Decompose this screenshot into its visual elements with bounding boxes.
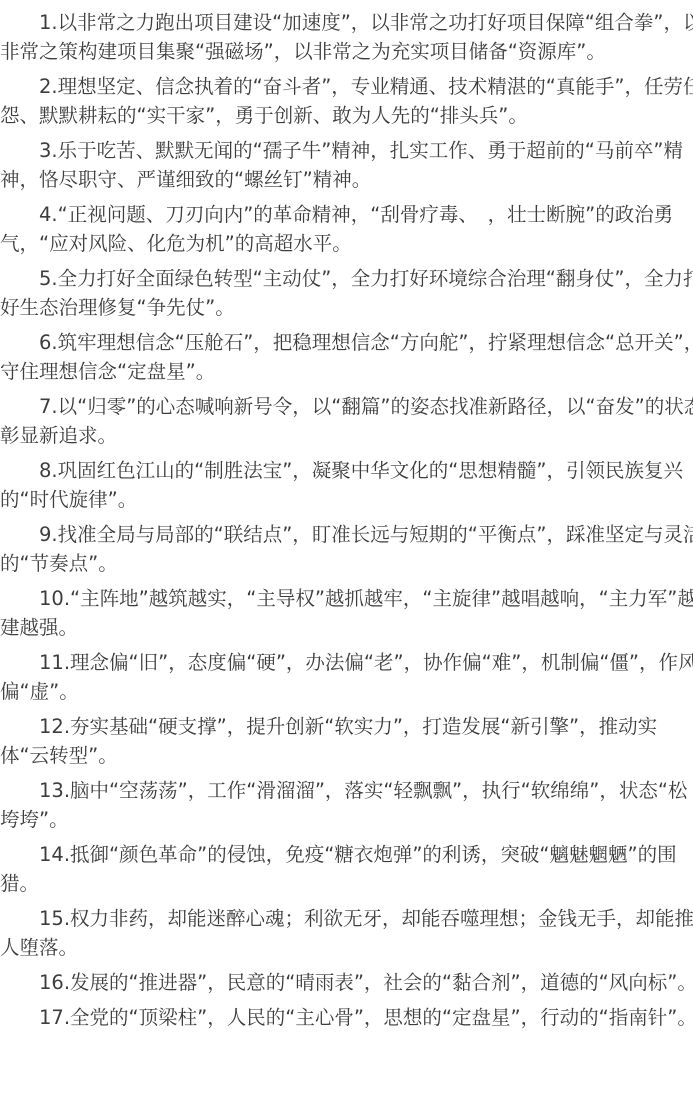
paragraph-13: 13.脑中“空荡荡”，工作“滑溜溜”，落实“轻飘飘”，执行“软绵绵”，状态“松垮…	[0, 776, 693, 834]
document-page: { "document": { "type": "plain-text-docu…	[0, 0, 693, 1097]
paragraph-15: 15.权力非药，却能迷醉心魂；利欲无牙，却能吞噬理想；金钱无手，却能推人堕落。	[0, 904, 693, 962]
paragraph-11: 11.理念偏“旧”，态度偏“硬”，办法偏“老”，协作偏“难”，机制偏“僵”，作风…	[0, 648, 693, 706]
paragraph-3: 3.乐于吃苦、默默无闻的“孺子牛”精神，扎实工作、勇于超前的“马前卒”精神，恪尽…	[0, 136, 693, 194]
paragraph-10: 10.“主阵地”越筑越实，“主导权”越抓越牢，“主旋律”越唱越响，“主力军”越建…	[0, 584, 693, 642]
paragraph-6: 6.筑牢理想信念“压舱石”，把稳理想信念“方向舵”，拧紧理想信念“总开关”，守住…	[0, 328, 693, 386]
paragraph-2: 2.理想坚定、信念执着的“奋斗者”，专业精通、技术精湛的“真能手”，任劳任怨、默…	[0, 72, 693, 130]
paragraph-12: 12.夯实基础“硬支撑”，提升创新“软实力”，打造发展“新引擎”，推动实体“云转…	[0, 712, 693, 770]
paragraph-7: 7.以“归零”的心态喊响新号令，以“翻篇”的姿态找准新路径，以“奋发”的状态彰显…	[0, 392, 693, 450]
paragraph-17: 17.全党的“顶梁柱”，人民的“主心骨”，思想的“定盘星”，行动的“指南针”。	[0, 1003, 693, 1032]
paragraph-14: 14.抵御“颜色革命”的侵蚀，免疫“糖衣炮弹”的利诱，突破“魑魅魍魉”的围猎。	[0, 840, 693, 898]
text-document: 1.以非常之力跑出项目建设“加速度”，以非常之功打好项目保障“组合拳”，以非常之…	[0, 0, 693, 1032]
paragraph-8: 8.巩固红色江山的“制胜法宝”，凝聚中华文化的“思想精髓”，引领民族复兴的“时代…	[0, 456, 693, 514]
paragraph-9: 9.找准全局与局部的“联结点”，盯准长远与短期的“平衡点”，踩准坚定与灵活的“节…	[0, 520, 693, 578]
paragraph-16: 16.发展的“推进器”，民意的“晴雨表”，社会的“黏合剂”，道德的“风向标”。	[0, 968, 693, 997]
paragraph-1: 1.以非常之力跑出项目建设“加速度”，以非常之功打好项目保障“组合拳”，以非常之…	[0, 8, 693, 66]
paragraph-4: 4.“正视问题、刀刃向内”的革命精神，“刮骨疗毒、 ，壮士断腕”的政治勇气，“应…	[0, 200, 693, 258]
paragraph-5: 5.全力打好全面绿色转型“主动仗”，全力打好环境综合治理“翻身仗”，全力打好生态…	[0, 264, 693, 322]
